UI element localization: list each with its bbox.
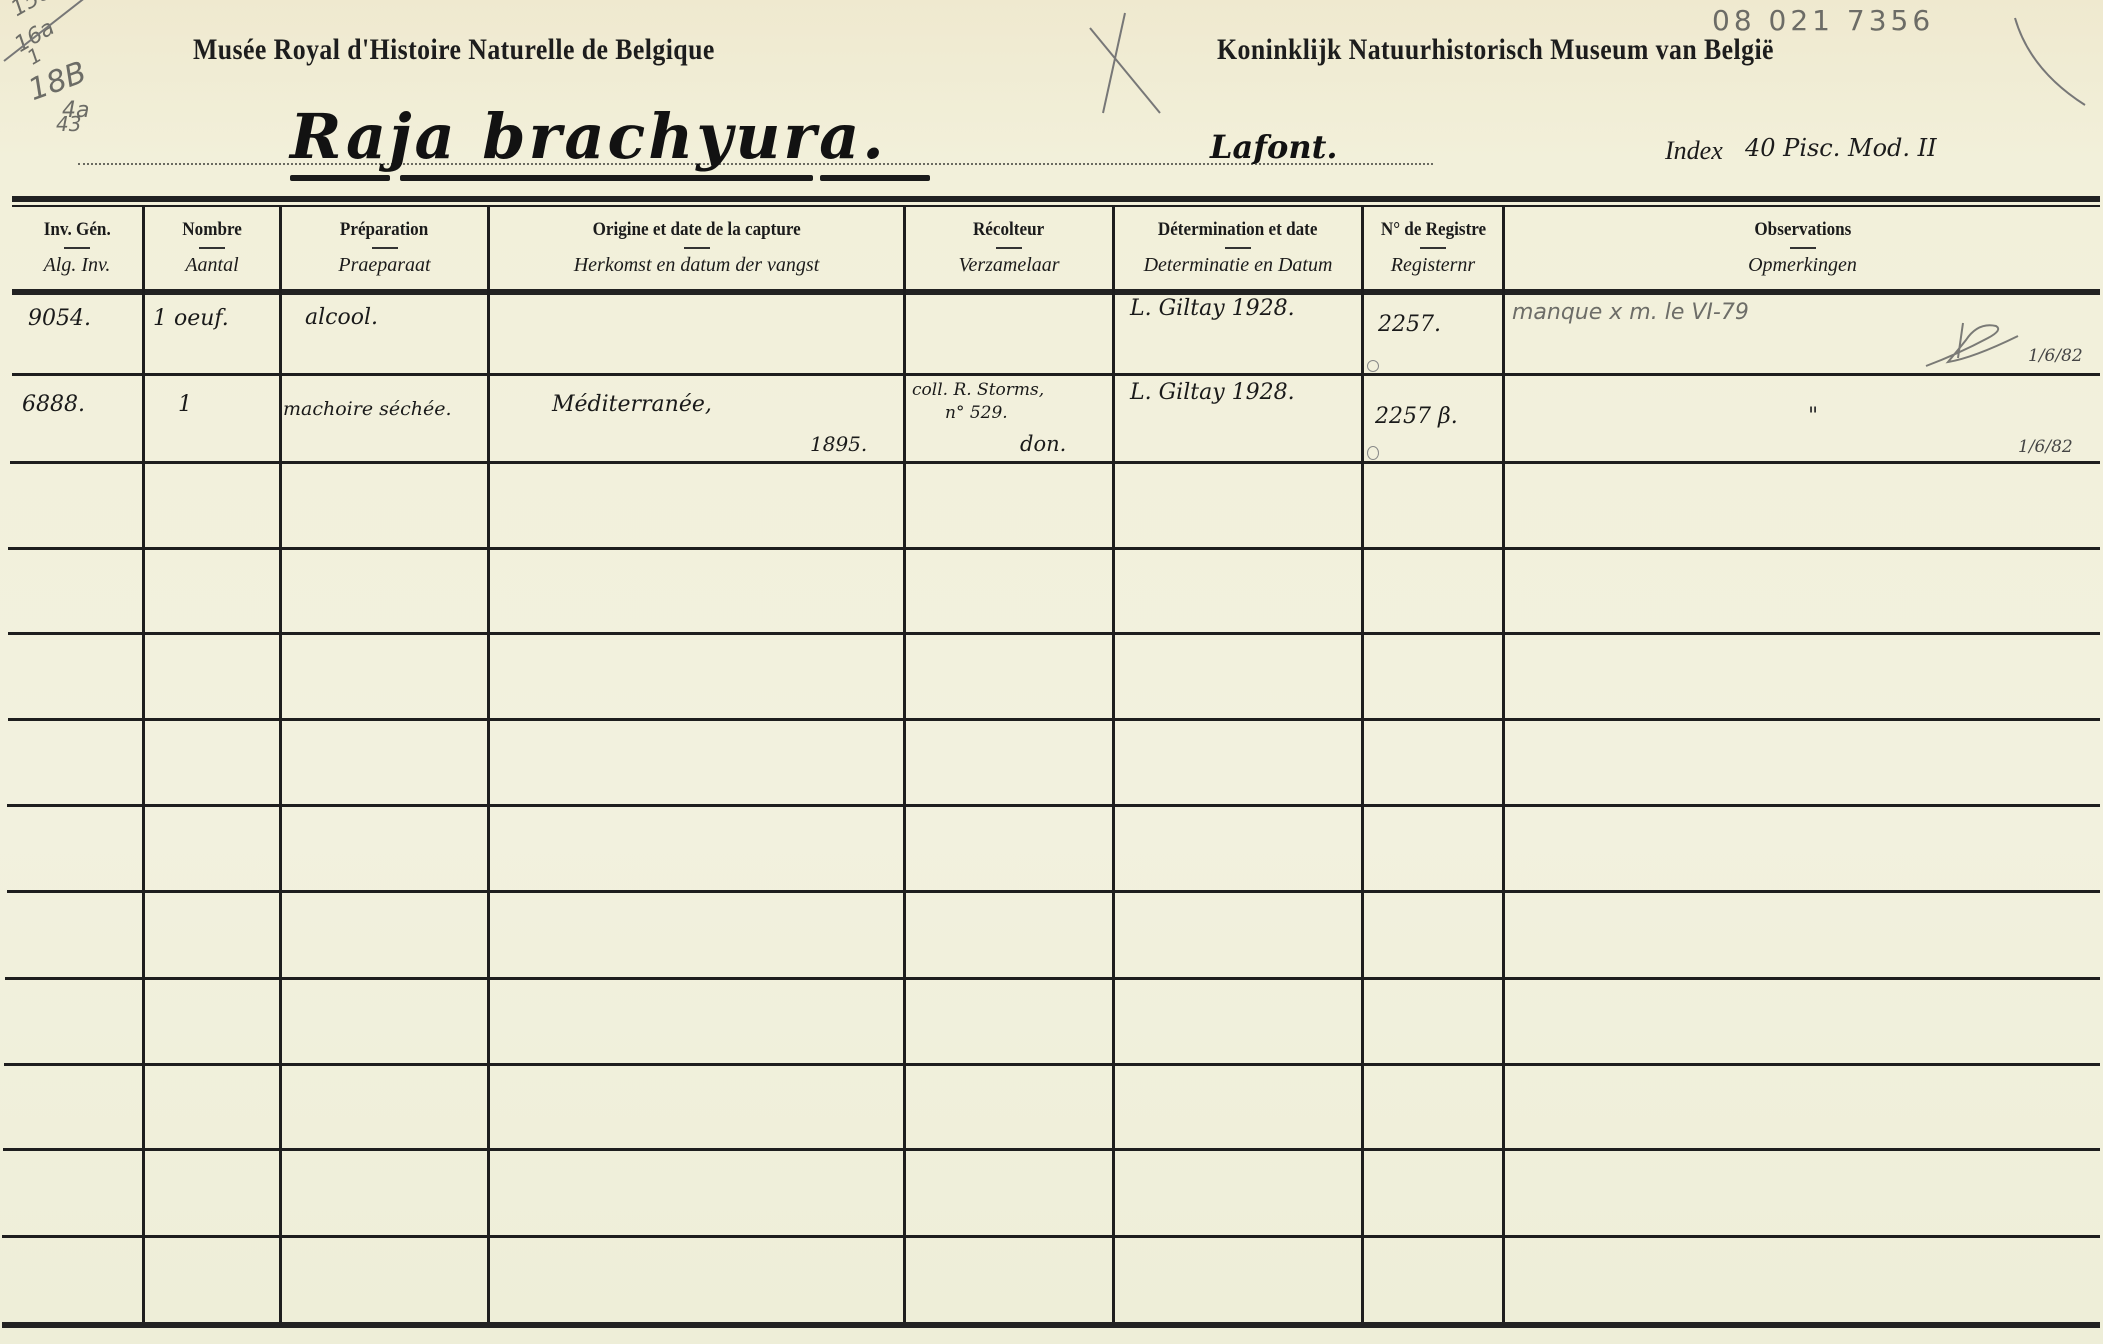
- column-header-determination: Détermination et date Determinatie en Da…: [1115, 207, 1361, 289]
- table-bottom-rule: [2, 1322, 2100, 1328]
- row2-recolteur-don: don.: [1020, 432, 1066, 456]
- column-divider: [1361, 207, 1364, 1322]
- header-bottom-rule: [12, 289, 2100, 295]
- cross-mark-icon: [1085, 8, 1165, 118]
- row-rule: [8, 547, 2100, 550]
- species-author: Lafont.: [1210, 128, 1338, 166]
- column-divider: [903, 207, 906, 1322]
- column-header-nombre: Nombre Aantal: [145, 207, 279, 289]
- row2-observations-date: 1/6/82: [2018, 437, 2073, 457]
- row1-nombre: 1 oeuf.: [153, 306, 229, 331]
- row2-recolteur-number: n° 529.: [945, 403, 1008, 423]
- row-rule: [4, 1063, 2100, 1066]
- catalog-number: 08 021 7356: [1712, 4, 1934, 37]
- row-rule: [2, 1235, 2100, 1238]
- row-rule: [5, 977, 2100, 980]
- pencil-circle-mark: [1367, 360, 1379, 372]
- row2-determination: L. Giltay 1928.: [1130, 380, 1295, 405]
- table-top-rule: [12, 196, 2100, 202]
- column-divider: [1112, 207, 1115, 1322]
- row1-determination: L. Giltay 1928.: [1130, 296, 1295, 321]
- row2-observations: ": [1808, 404, 1818, 429]
- row-rule: [8, 632, 2100, 635]
- species-name: Raja brachyura.: [290, 100, 887, 173]
- institution-title-nl: Koninklijk Natuurhistorisch Museum van B…: [1217, 33, 1774, 67]
- column-divider: [142, 207, 145, 1322]
- column-divider: [279, 207, 282, 1322]
- index-value: 40 Pisc. Mod. II: [1745, 134, 1937, 162]
- column-header-observations: Observations Opmerkingen: [1505, 207, 2100, 289]
- column-header-preparation: Préparation Praeparaat: [282, 207, 487, 289]
- species-underline: [820, 175, 930, 181]
- specimen-index-card: 15c 16a 1 18B 4a 43 Musée Royal d'Histoi…: [0, 0, 2103, 1344]
- row2-origine: Méditerranée,: [552, 392, 712, 417]
- row1-inv: 9054.: [28, 306, 91, 331]
- pencil-circle-mark: [1367, 446, 1379, 460]
- row2-preparation: machoire séchée.: [283, 398, 452, 420]
- column-header-recolteur: Récolteur Verzamelaar: [906, 207, 1112, 289]
- row-rule: [7, 804, 2100, 807]
- column-header-registre: N° de Registre Registernr: [1364, 207, 1502, 289]
- row1-observations: manque x m. le VI-79: [1512, 300, 1749, 325]
- row1-registre: 2257.: [1378, 312, 1441, 337]
- column-header-inv: Inv. Gén. Alg. Inv.: [12, 207, 142, 289]
- species-underline: [400, 175, 813, 181]
- row2-recolteur: coll. R. Storms,: [912, 380, 1044, 400]
- row-rule: [8, 718, 2100, 721]
- row-rule: [12, 373, 2100, 376]
- row-rule: [3, 1148, 2100, 1151]
- row-rule: [10, 461, 2100, 464]
- institution-title-fr: Musée Royal d'Histoire Naturelle de Belg…: [193, 33, 715, 67]
- row2-nombre: 1: [178, 392, 192, 417]
- row-rule: [7, 890, 2100, 893]
- index-label: Index: [1665, 136, 1723, 166]
- row1-preparation: alcool.: [305, 305, 378, 330]
- signature-icon: [1918, 318, 2028, 373]
- row1-observations-date: 1/6/82: [2028, 346, 2083, 366]
- species-underline: [290, 175, 390, 181]
- margin-note: 43: [56, 112, 81, 136]
- row2-inv: 6888.: [22, 392, 85, 417]
- pencil-arc-mark: [2010, 10, 2090, 110]
- column-divider: [1502, 207, 1505, 1322]
- column-divider: [487, 207, 490, 1322]
- column-header-origine: Origine et date de la capture Herkomst e…: [490, 207, 903, 289]
- row2-origine-date: 1895.: [810, 432, 867, 456]
- row2-registre: 2257 β.: [1375, 404, 1458, 429]
